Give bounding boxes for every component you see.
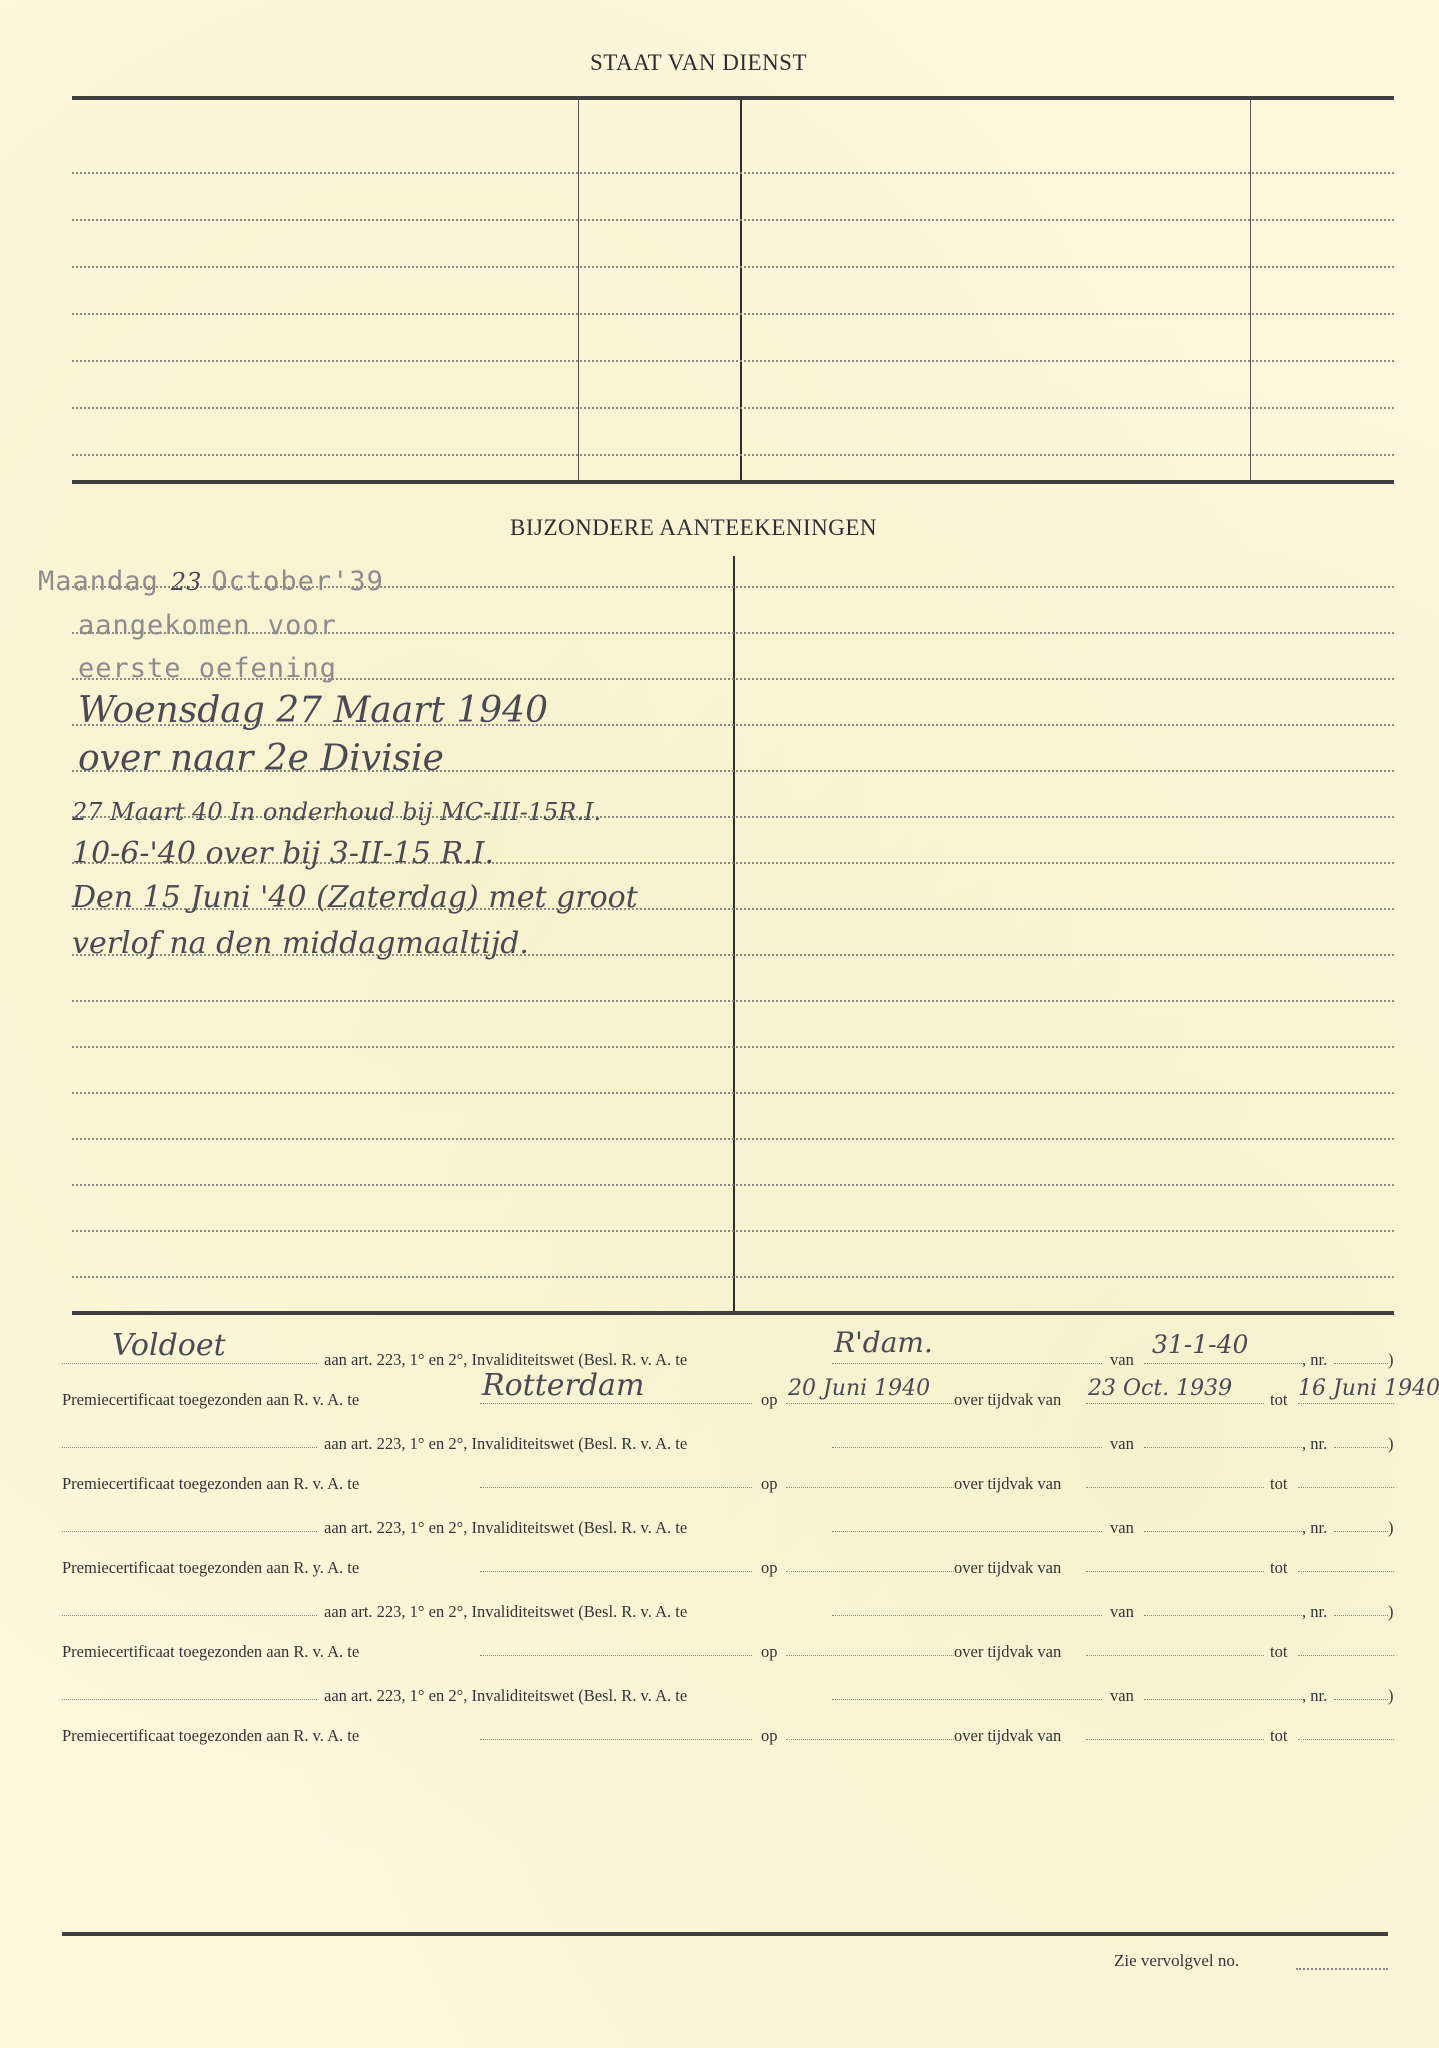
cert-1-art-row: Voldoet aan art. 223, 1° en 2°, Invalidi… [62,1344,1394,1374]
premie-place-value: Rotterdam [482,1368,644,1403]
table-bottom-rule [72,480,1394,484]
close-paren: ) [1388,1434,1394,1454]
nr-field[interactable] [1334,1363,1388,1364]
premie-place-field[interactable] [480,1487,752,1488]
handwritten-note-4: 10-6-'40 over bij 3-II-15 R.I. [72,836,494,871]
notes-line [72,1276,1394,1278]
close-paren: ) [1388,1686,1394,1706]
cert-3-premie-row: Premiecertificaat toegezonden aan R. y. … [62,1552,1394,1582]
van-label: van [1110,1434,1134,1454]
status-field[interactable] [62,1615,317,1616]
staat-van-dienst-title: STAAT VAN DIENST [590,50,807,76]
art-label: aan art. 223, 1° en 2°, Invaliditeitswet… [324,1686,687,1706]
handwritten-note-2: over naar 2e Divisie [78,738,444,779]
footer-rule [62,1932,1388,1936]
art-label: aan art. 223, 1° en 2°, Invaliditeitswet… [324,1350,687,1370]
besl-place-field[interactable] [832,1531,1102,1532]
table-row-line [72,454,1394,456]
premie-label: Premiecertificaat toegezonden aan R. v. … [62,1474,359,1494]
stamp-day: Maandag [38,566,159,597]
besl-place-field[interactable] [832,1615,1102,1616]
tot-label: tot [1270,1726,1287,1746]
van-field[interactable] [1144,1447,1302,1448]
nr-field[interactable] [1334,1615,1388,1616]
cert-4-premie-row: Premiecertificaat toegezonden aan R. v. … [62,1636,1394,1666]
premie-place-field[interactable] [480,1571,752,1572]
column-divider-3 [1250,100,1251,480]
status-field[interactable] [62,1531,317,1532]
notes-line [72,1138,1394,1140]
art-label: aan art. 223, 1° en 2°, Invaliditeitswet… [324,1602,687,1622]
nr-field[interactable] [1334,1447,1388,1448]
tijdvak-label: over tijdvak van [954,1558,1061,1578]
op-field[interactable] [786,1403,954,1404]
handwritten-note-3: 27 Maart 40 In onderhoud bij MC-III-15R.… [72,798,601,826]
status-field[interactable] [62,1699,317,1700]
premie-label: Premiecertificaat toegezonden aan R. v. … [62,1642,359,1662]
table-row-line [72,266,1394,268]
tijdvak-from-field[interactable] [1086,1655,1264,1656]
tijdvak-to-field[interactable] [1298,1571,1394,1572]
van-label: van [1110,1686,1134,1706]
column-divider-2 [740,100,742,480]
op-field[interactable] [786,1571,954,1572]
op-label: op [761,1642,778,1662]
notes-column-divider [733,556,735,1313]
op-label: op [761,1726,778,1746]
premie-place-field[interactable] [480,1739,752,1740]
premie-place-field[interactable] [480,1655,752,1656]
notes-line [72,1230,1394,1232]
premie-label: Premiecertificaat toegezonden aan R. v. … [62,1390,359,1410]
tot-label: tot [1270,1390,1287,1410]
tijdvak-from-field[interactable] [1086,1403,1264,1404]
tijdvak-to-field[interactable] [1298,1739,1394,1740]
tijdvak-label: over tijdvak van [954,1642,1061,1662]
van-label: van [1110,1518,1134,1538]
status-value: Voldoet [112,1328,226,1363]
tot-label: tot [1270,1558,1287,1578]
op-label: op [761,1474,778,1494]
nr-label: , nr. [1302,1434,1327,1454]
premie-label: Premiecertificaat toegezonden aan R. v. … [62,1726,359,1746]
stamp-month: October'39 [211,566,384,597]
van-field[interactable] [1144,1531,1302,1532]
vervolgvel-label: Zie vervolgvel no. [1114,1951,1239,1971]
nr-label: , nr. [1302,1686,1327,1706]
op-label: op [761,1390,778,1410]
handwritten-note-5: Den 15 Juni '40 (Zaterdag) met groot [72,880,638,915]
handwritten-note-1: Woensdag 27 Maart 1940 [78,690,548,731]
premie-label: Premiecertificaat toegezonden aan R. y. … [62,1558,359,1578]
besl-place-field[interactable] [832,1447,1102,1448]
cert-3-art-row: aan art. 223, 1° en 2°, Invaliditeitswet… [62,1512,1394,1542]
status-field[interactable] [62,1363,317,1364]
tijdvak-label: over tijdvak van [954,1390,1061,1410]
op-field[interactable] [786,1739,954,1740]
tot-label: tot [1270,1642,1287,1662]
table-top-rule [72,96,1394,100]
art-label: aan art. 223, 1° en 2°, Invaliditeitswet… [324,1518,687,1538]
table-row-line [72,407,1394,409]
stamp-handwritten-date: 23 [171,568,202,596]
van-label: van [1110,1350,1134,1370]
tijdvak-to-field[interactable] [1298,1487,1394,1488]
tijdvak-to-field[interactable] [1298,1655,1394,1656]
stamp-line-3: eerste oefening [78,653,337,684]
vervolgvel-field[interactable] [1296,1968,1388,1970]
notes-line [72,1092,1394,1094]
table-row-line [72,172,1394,174]
cert-5-art-row: aan art. 223, 1° en 2°, Invaliditeitswet… [62,1680,1394,1710]
premie-place-field[interactable] [480,1403,752,1404]
stamp-line-2: aangekomen voor [78,610,337,641]
close-paren: ) [1388,1350,1394,1370]
notes-bottom-rule [72,1311,1394,1315]
op-field[interactable] [786,1655,954,1656]
notes-line [72,1046,1394,1048]
tijdvak-to-value: 16 Juni 1940. [1298,1376,1439,1401]
cert-2-premie-row: Premiecertificaat toegezonden aan R. v. … [62,1468,1394,1498]
besl-place-field[interactable] [832,1699,1102,1700]
van-field[interactable] [1144,1615,1302,1616]
column-divider-1 [578,100,579,480]
close-paren: ) [1388,1518,1394,1538]
notes-line [72,1000,1394,1002]
stamp-block: Maandag 23 October'39 [38,566,384,602]
bijzondere-aanteekeningen-title: BIJZONDERE AANTEEKENINGEN [510,515,877,541]
notes-line [72,1184,1394,1186]
cert-1-premie-row: Premiecertificaat toegezonden aan R. v. … [62,1384,1394,1414]
tijdvak-to-field[interactable] [1298,1403,1394,1404]
nr-label: , nr. [1302,1518,1327,1538]
status-field[interactable] [62,1447,317,1448]
cert-5-premie-row: Premiecertificaat toegezonden aan R. v. … [62,1720,1394,1750]
tot-label: tot [1270,1474,1287,1494]
handwritten-note-6: verlof na den middagmaaltijd. [72,926,529,961]
tijdvak-label: over tijdvak van [954,1474,1061,1494]
van-label: van [1110,1602,1134,1622]
besl-place-value: R'dam. [834,1326,933,1359]
cert-2-art-row: aan art. 223, 1° en 2°, Invaliditeitswet… [62,1428,1394,1458]
cert-4-art-row: aan art. 223, 1° en 2°, Invaliditeitswet… [62,1596,1394,1626]
nr-field[interactable] [1334,1699,1388,1700]
op-field[interactable] [786,1487,954,1488]
tijdvak-from-value: 23 Oct. 1939 [1088,1376,1232,1401]
table-row-line [72,360,1394,362]
tijdvak-from-field[interactable] [1086,1739,1264,1740]
tijdvak-from-field[interactable] [1086,1571,1264,1572]
table-row-line [72,219,1394,221]
nr-label: , nr. [1302,1350,1327,1370]
tijdvak-label: over tijdvak van [954,1726,1061,1746]
close-paren: ) [1388,1602,1394,1622]
nr-field[interactable] [1334,1531,1388,1532]
van-value: 31-1-40 [1152,1330,1248,1359]
art-label: aan art. 223, 1° en 2°, Invaliditeitswet… [324,1434,687,1454]
tijdvak-from-field[interactable] [1086,1487,1264,1488]
op-label: op [761,1558,778,1578]
op-value: 20 Juni 1940 [788,1376,930,1401]
besl-place-field[interactable] [832,1363,1102,1364]
nr-label: , nr. [1302,1602,1327,1622]
table-row-line [72,313,1394,315]
van-field[interactable] [1144,1363,1302,1364]
van-field[interactable] [1144,1699,1302,1700]
